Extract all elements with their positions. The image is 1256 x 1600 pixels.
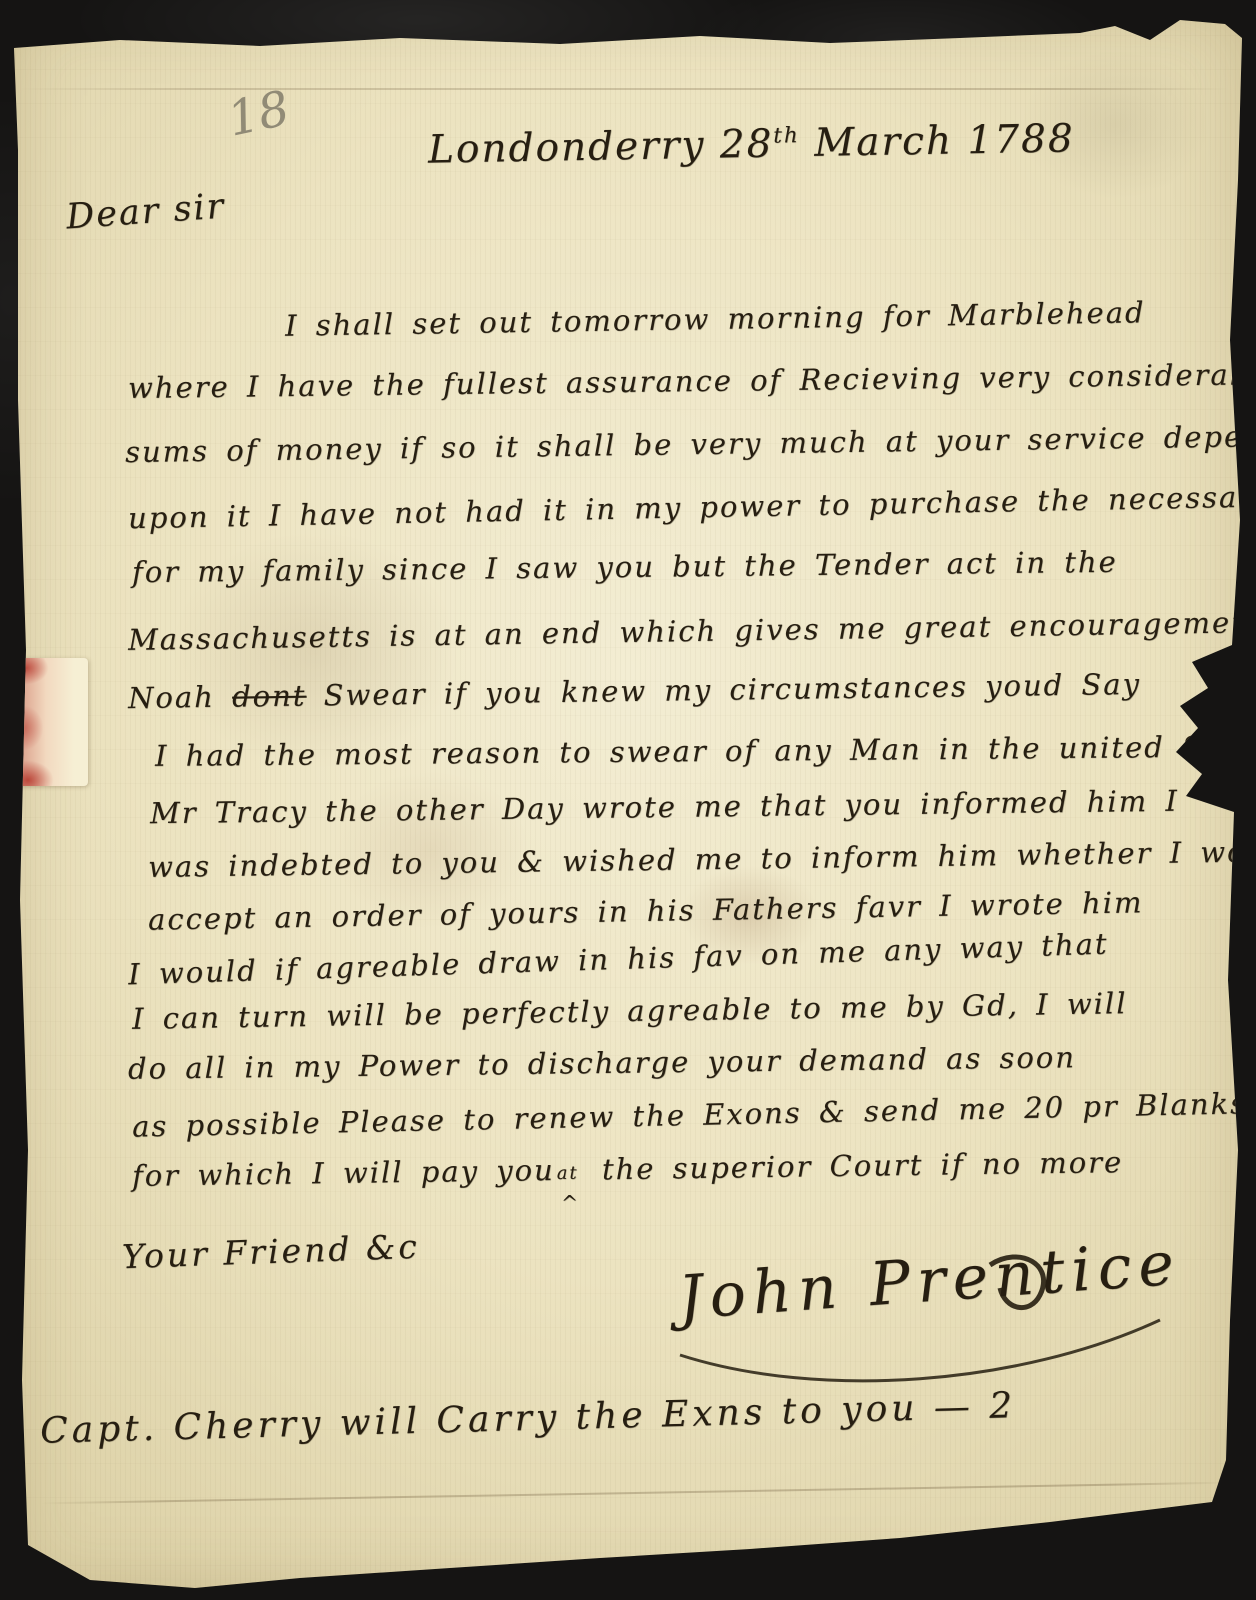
dateline-place-day: Londonderry 28 [428,122,774,173]
letter-line: do all in my Power to discharge your dem… [128,1040,1076,1086]
line-text: Noah [128,680,232,715]
postscript: Capt. Cherry will Carry the Exns to you … [40,1385,1017,1452]
dateline-month-year: March 1788 [799,116,1075,166]
dateline: Londonderry 28th March 1788 [428,116,1075,172]
line-text: Swear if you knew my circumstances youd … [306,667,1141,713]
photo-backdrop: 18 Londonderry 28th March 1788 Dear sir … [0,0,1256,1600]
line-text: the superior Court if no more [584,1145,1123,1187]
letter-line: sums of money if so it shall be very muc… [125,419,1256,469]
fold-crease-top [20,88,1230,90]
letter-line: was indebted to you & wished me to infor… [148,834,1256,884]
letter-line: as possible Please to renew the Exons & … [132,1086,1248,1143]
letter-line: I had the most reason to swear of any Ma… [155,729,1256,773]
letter-line: where I have the fullest assurance of Re… [128,357,1256,405]
letter-line: Noah dont Swear if you knew my circumsta… [128,667,1141,715]
letter-line: upon it I have not had it in my power to… [128,479,1256,536]
letter-line: for which I will pay youat the superior … [132,1145,1124,1193]
letter-line: Massachusetts is at an end which gives m… [128,605,1256,657]
letter-line: I would if agreable draw in his fav on m… [128,927,1109,992]
closing: Your Friend &c [121,1227,420,1276]
salutation: Dear sir [65,186,227,237]
line-text: for which I will pay you [132,1153,555,1193]
pencil-number: 18 [223,80,294,147]
struck-word: dont [232,679,307,714]
letter-line: for my family since I saw you but the Te… [132,545,1118,589]
wax-seal-residue [18,658,88,786]
fold-crease-bottom [40,1482,1230,1505]
letter-line: I shall set out tomorrow morning for Mar… [285,295,1146,343]
inserted-word: at [557,1163,579,1184]
dateline-ordinal-suffix: th [773,123,800,148]
signature: John Prentice [676,1229,1183,1334]
letter-paper: 18 Londonderry 28th March 1788 Dear sir … [0,0,1256,1600]
letter-line: I can turn will be perfectly agreable to… [132,986,1128,1036]
letter-line: Mr Tracy the other Day wrote me that you… [150,784,1179,831]
letter-line: accept an order of yours in his Fathers … [148,885,1144,936]
